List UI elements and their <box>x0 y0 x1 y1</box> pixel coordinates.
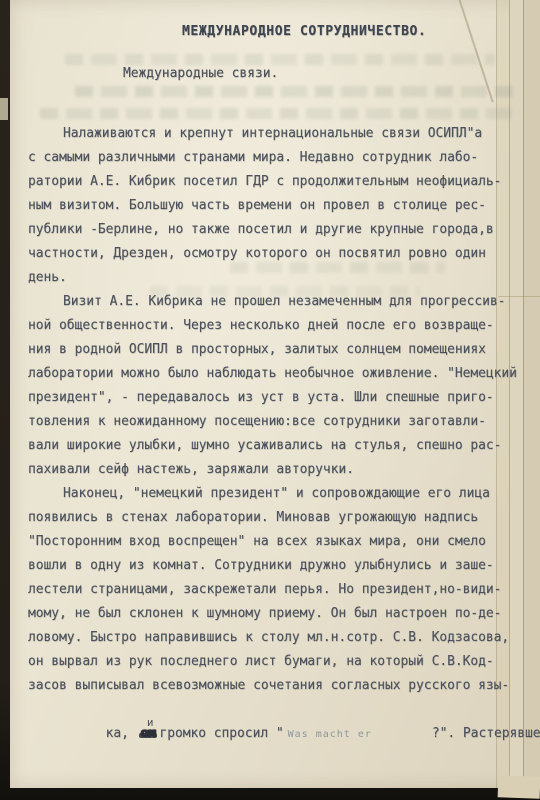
text-line: публики -Берлине, но также посетил и дру… <box>28 218 523 242</box>
document-page: МЕЖДУНАРОДНОЕ СОТРУДНИЧЕСТВО. Международ… <box>10 0 540 788</box>
page-corner <box>498 775 540 798</box>
text-line: "Посторонним вход воспрещен" на всех язы… <box>28 530 523 554</box>
corrected-word: иом <box>141 722 156 746</box>
page-edge-strip <box>523 0 540 788</box>
text-line: Визит А.Е. Кибрика не прошел незамеченны… <box>28 290 523 314</box>
text-line: день. <box>28 266 523 290</box>
line-text: громко спросил " <box>159 726 283 741</box>
text-line: пахивали сейф настежь, заряжали авторучк… <box>28 458 523 482</box>
page-subtitle: Международные связи. <box>123 66 278 81</box>
text-line: Наконец, "немецкий президент" и сопровож… <box>28 482 523 506</box>
text-line: мому, не был склонен к шумному приему. О… <box>28 602 523 626</box>
text-line-final: ка,иомгромко спросил "Was macht er?". Ра… <box>28 698 523 722</box>
text-line: товления к неожиданному посещению:все со… <box>28 410 523 434</box>
bleed-through-text <box>75 86 515 97</box>
inserted-letter: и <box>147 711 154 735</box>
text-line: он вырвал из рук последнего лист бумаги,… <box>28 650 523 674</box>
text-line: ловому. Быстро направившись к столу мл.н… <box>28 626 523 650</box>
paragraph: Наконец, "немецкий президент" и сопровож… <box>28 482 523 722</box>
foreign-phrase: Was macht er <box>288 729 372 740</box>
text-line: ной общественности. Через несколько дней… <box>28 314 523 338</box>
document-body: Налаживаются и крепнут интернациональные… <box>28 122 523 722</box>
text-line: лаборатории можно было наблюдать необычн… <box>28 362 523 386</box>
bleed-through-text <box>65 54 495 65</box>
text-line: появились в стенах лаборатории. Миновав … <box>28 506 523 530</box>
text-line: Налаживаются и крепнут интернациональные… <box>28 122 523 146</box>
page-title: МЕЖДУНАРОДНОЕ СОТРУДНИЧЕСТВО. <box>182 24 426 39</box>
line-text: ка, <box>106 726 129 741</box>
text-line: лестели страницами, заскрежетали перья. … <box>28 578 523 602</box>
paragraph: Налаживаются и крепнут интернациональные… <box>28 122 523 290</box>
text-line: засов выписывал всевозможные сочетания с… <box>28 674 523 698</box>
text-line: президент", - передавалось из уст в уста… <box>28 386 523 410</box>
scan-background: МЕЖДУНАРОДНОЕ СОТРУДНИЧЕСТВО. Международ… <box>0 0 540 800</box>
text-line: частности, Дрезден, осмотру которого он … <box>28 242 523 266</box>
text-line: ния в родной ОСИПЛ в просторных, залитых… <box>28 338 523 362</box>
text-line: ратории А.Е. Кибрик посетил ГДР с продол… <box>28 170 523 194</box>
bleed-through-text <box>40 108 512 119</box>
text-line: с самыми различными странами мира. Недав… <box>28 146 523 170</box>
line-text: ?". Растерявшегося <box>432 726 540 741</box>
text-line: вошли в одну из комнат. Сотрудники дружн… <box>28 554 523 578</box>
under-page-sliver <box>0 98 8 120</box>
paragraph: Визит А.Е. Кибрика не прошел незамеченны… <box>28 290 523 482</box>
text-line: ным визитом. Большую часть времени он пр… <box>28 194 523 218</box>
text-line: вали широкие улыбки, шумно усаживались н… <box>28 434 523 458</box>
